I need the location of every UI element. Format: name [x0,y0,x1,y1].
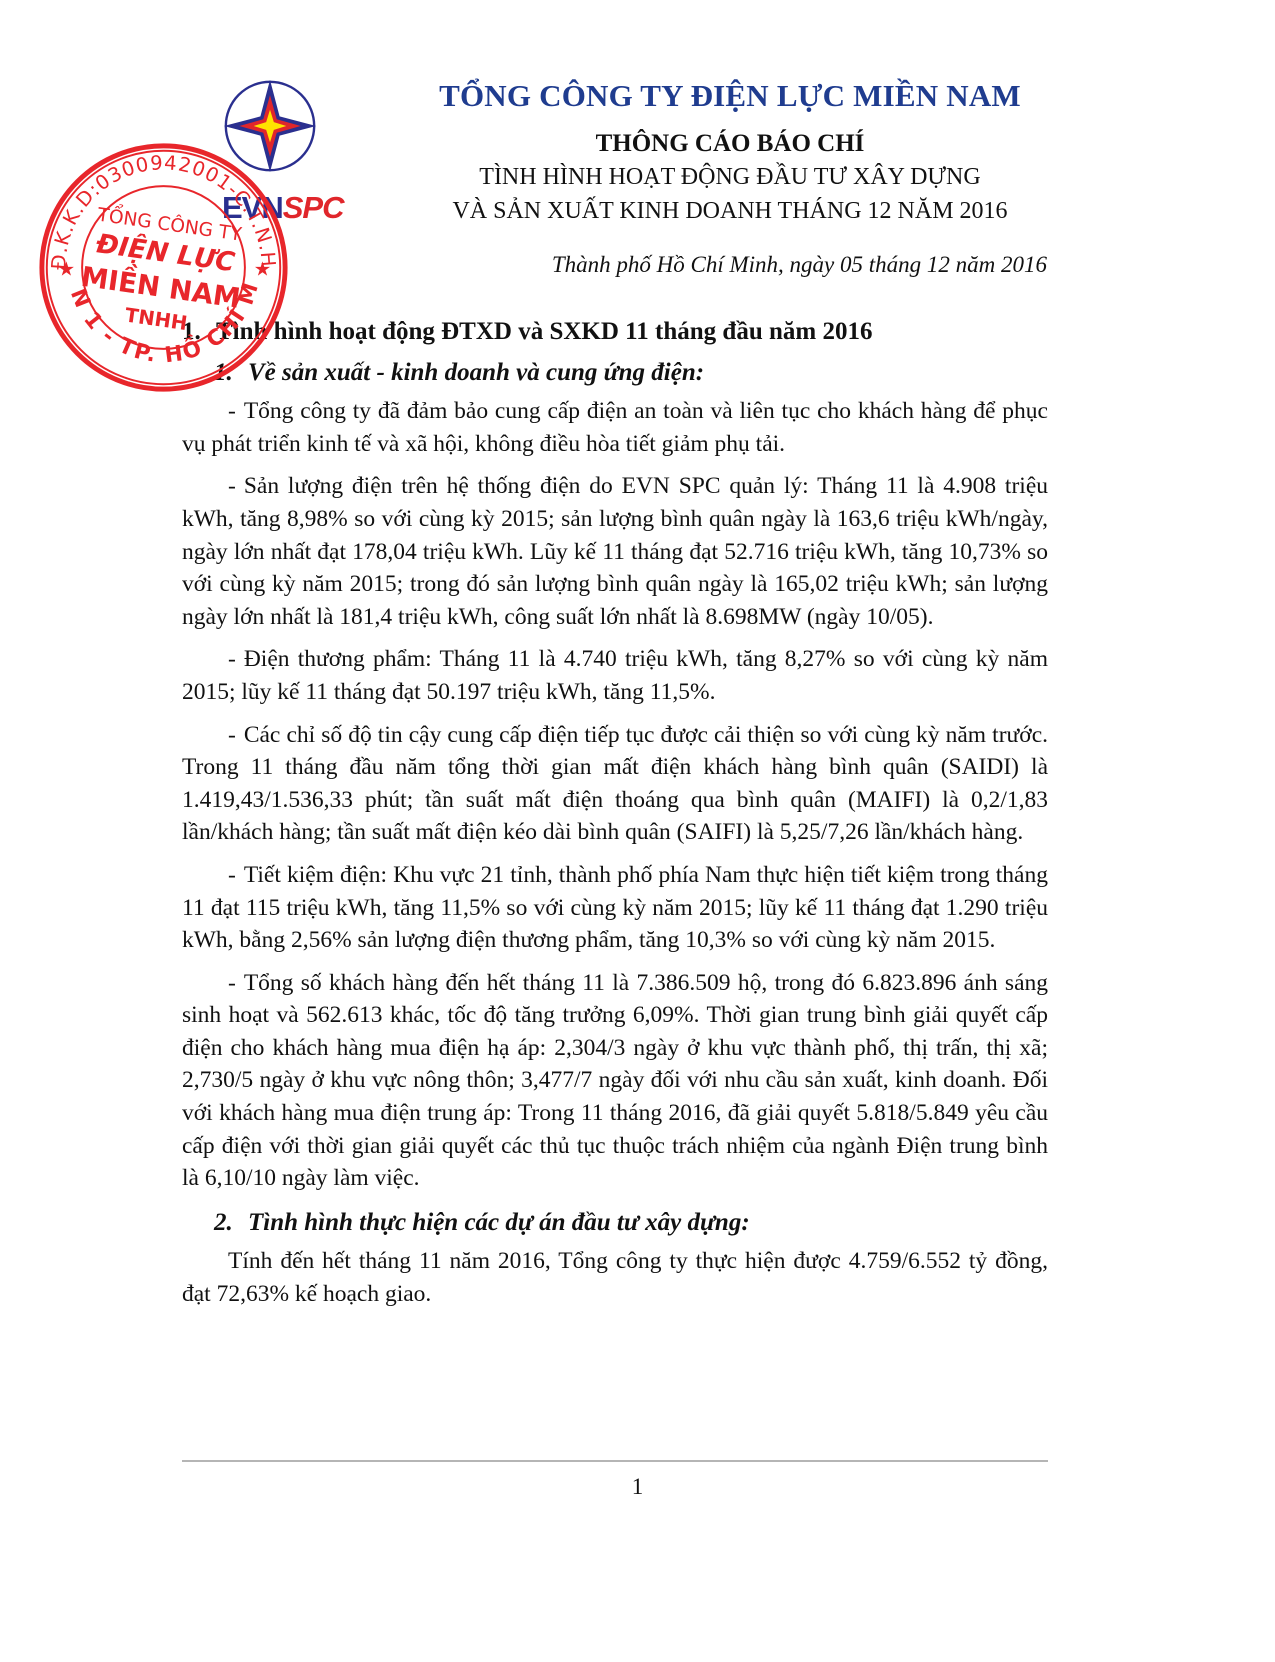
svg-text:TNHH: TNHH [124,304,189,335]
section-1-heading: 1. Tình hình hoạt động ĐTXD và SXKD 11 t… [182,316,1048,349]
subsection-2-heading: 2. Tình hình thực hiện các dự án đầu tư … [214,1207,1048,1240]
svg-text:★: ★ [58,259,76,280]
company-name: TỔNG CÔNG TY ĐIỆN LỰC MIỀN NAM [400,78,1060,114]
paragraph: -Tổng số khách hàng đến hết tháng 11 là … [182,967,1048,1195]
page-number: 1 [0,1474,1275,1500]
paragraph: -Sản lượng điện trên hệ thống điện do EV… [182,470,1048,633]
subtitle-line-2: VÀ SẢN XUẤT KINH DOANH THÁNG 12 NĂM 2016 [400,198,1060,225]
paragraph: -Tổng công ty đã đảm bảo cung cấp điện a… [182,395,1048,460]
document-body: 1. Tình hình hoạt động ĐTXD và SXKD 11 t… [182,316,1048,1321]
paragraph: -Điện thương phẩm: Tháng 11 là 4.740 tri… [182,643,1048,708]
company-seal-stamp-icon: S.Đ.K.K.D:0300942001-C.T.N.H.H QUẬN 1 - … [36,140,291,395]
paragraph: Tính đến hết tháng 11 năm 2016, Tổng côn… [182,1245,1048,1310]
svg-text:★: ★ [254,259,272,280]
paragraph: -Các chỉ số độ tin cậy cung cấp điện tiế… [182,719,1048,849]
subtitle-line-1: TÌNH HÌNH HOẠT ĐỘNG ĐẦU TƯ XÂY DỰNG [400,164,1060,191]
paragraph: -Tiết kiệm điện: Khu vực 21 tỉnh, thành … [182,859,1048,957]
footer-divider [182,1460,1048,1462]
subsection-1-heading: 1. Về sản xuất - kinh doanh và cung ứng … [214,357,1048,390]
dateline: Thành phố Hồ Chí Minh, ngày 05 tháng 12 … [552,252,1047,278]
press-release-title: THÔNG CÁO BÁO CHÍ [400,130,1060,158]
